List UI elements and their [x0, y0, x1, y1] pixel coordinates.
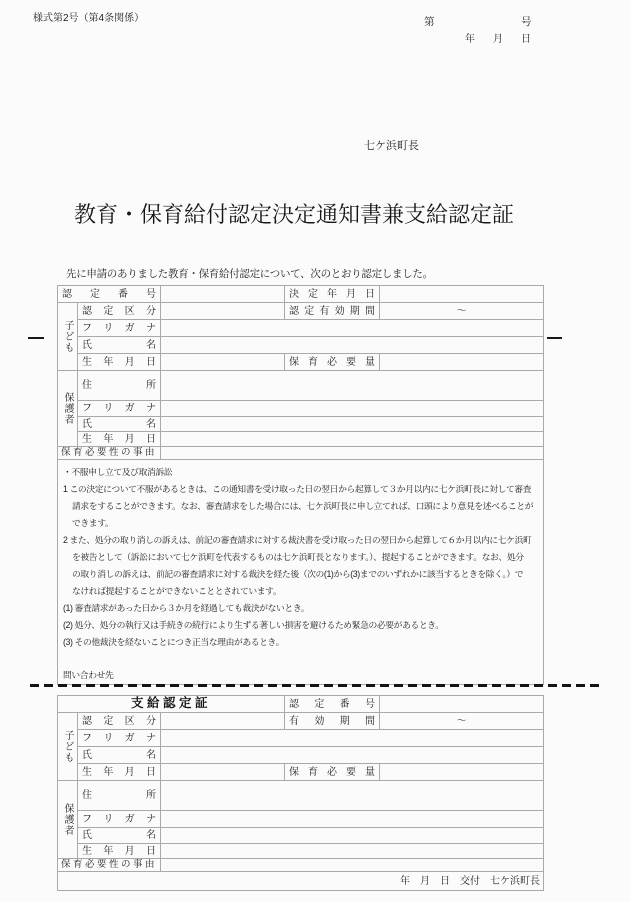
legal-line: の取り消しの訴えは、前記の審査請求に対する裁決を経た後（次の(1)から(3)まで…	[63, 566, 539, 583]
guardian-birthdate-value	[161, 844, 544, 859]
date-day-label: 日	[521, 34, 531, 46]
certificate-table: 支給認定証 認 定 番 号 子ども 認 定 区 分 有 効 期 間 ～ フ リ …	[57, 695, 544, 891]
care-amount-value	[380, 764, 544, 781]
certificate-heading: 支給認定証	[58, 696, 285, 713]
care-amount-value	[380, 354, 544, 371]
legal-notes-section: ・不服申し立て及び取消訴訟 1 この決定について不服があるときは、この通知書を受…	[58, 460, 544, 685]
child-name-label: 氏 名	[78, 747, 161, 764]
guardian-name-value	[161, 828, 544, 844]
guardian-birthdate-label: 生 年 月 日	[78, 844, 161, 859]
guardian-furigana-label: フ リ ガ ナ	[78, 811, 161, 828]
care-amount-label: 保 育 必 要 量	[285, 354, 380, 371]
child-section-label: 子ども	[58, 713, 78, 781]
document-subtitle: 先に申請のありました教育・保育給付認定について、次のとおり認定しました。	[66, 268, 433, 281]
guardian-name-value	[161, 417, 544, 432]
doc-number-suffix: 号	[521, 16, 532, 29]
cert-class-label: 認 定 区 分	[78, 713, 161, 730]
guardian-section-label: 保護者	[58, 781, 78, 859]
form-number: 様式第2号（第4条関係）	[33, 13, 144, 25]
child-section-label: 子ども	[58, 303, 78, 371]
cert-number-value	[380, 696, 544, 713]
legal-line: (1) 審査請求があった日から３か月を経過しても裁決がないとき。	[63, 600, 539, 617]
child-name-value	[161, 747, 544, 764]
decision-date-value	[380, 286, 544, 303]
cert-class-value	[161, 303, 285, 320]
child-birthdate-value	[161, 354, 285, 371]
guardian-furigana-label: フ リ ガ ナ	[78, 401, 161, 417]
legal-line: できます。	[63, 515, 539, 532]
child-furigana-label: フ リ ガ ナ	[78, 730, 161, 747]
cert-number-label: 認 定 番 号	[285, 696, 380, 713]
child-furigana-value	[161, 730, 544, 747]
care-reason-value	[161, 859, 544, 872]
cert-number-value	[161, 286, 285, 303]
cert-number-label: 認 定 番 号	[58, 286, 161, 303]
guardian-address-label: 住 所	[78, 371, 161, 401]
legal-line: 請求をすることができます。なお、審査請求をした場合には、七ケ浜町長に申し立てれば…	[63, 498, 539, 515]
valid-period-value: ～	[380, 303, 544, 320]
document-title: 教育・保育給付認定決定通知書兼支給認定証	[74, 202, 514, 228]
date-year-label: 年	[465, 34, 475, 46]
cert-class-value	[161, 713, 285, 730]
legal-line: ・不服申し立て及び取消訴訟	[63, 464, 539, 481]
valid-period-value: ～	[380, 713, 544, 730]
legal-line: 1 この決定について不服があるときは、この通知書を受け取った日の翌日から起算して…	[63, 481, 539, 498]
care-reason-label: 保育必要性の事由	[58, 859, 161, 872]
child-name-value	[161, 337, 544, 354]
decision-date-label: 決 定 年 月 日	[285, 286, 380, 303]
valid-period-label: 認 定 有 効 期 間	[285, 303, 380, 320]
binding-mark-right	[547, 337, 562, 339]
guardian-name-label: 氏 名	[78, 417, 161, 432]
guardian-name-label: 氏 名	[78, 828, 161, 844]
guardian-address-label: 住 所	[78, 781, 161, 811]
guardian-birthdate-label: 生 年 月 日	[78, 432, 161, 447]
legal-line: なければ提起することができないこととされています。	[63, 583, 539, 600]
valid-period-label: 有 効 期 間	[285, 713, 380, 730]
child-name-label: 氏 名	[78, 337, 161, 354]
date-month-label: 月	[493, 34, 503, 46]
care-amount-label: 保 育 必 要 量	[285, 764, 380, 781]
legal-line: (3) その他裁決を経ないことにつき正当な理由があるとき。	[63, 634, 539, 651]
cut-line	[30, 684, 600, 687]
legal-line: 2 また、処分の取り消しの訴えは、前記の審査請求に対する裁決書を受け取った日の翌…	[63, 532, 539, 549]
guardian-furigana-value	[161, 811, 544, 828]
document-page: { "page": { "form_number": "様式第2号（第4条関係）…	[0, 0, 630, 902]
doc-number-prefix: 第	[424, 16, 435, 29]
legal-line: (2) 処分、処分の執行又は手続きの続行により生ずる著しい損害を避けるため緊急の…	[63, 617, 539, 634]
contact-label: 問い合わせ先	[63, 667, 539, 684]
care-reason-label: 保育必要性の事由	[58, 447, 161, 460]
child-birthdate-label: 生 年 月 日	[78, 354, 161, 371]
guardian-address-value	[161, 781, 544, 811]
binding-mark-left	[28, 337, 44, 339]
guardian-birthdate-value	[161, 432, 544, 447]
child-birthdate-value	[161, 764, 285, 781]
notice-table: 認 定 番 号 決 定 年 月 日 子ども 認 定 区 分 認 定 有 効 期 …	[57, 285, 544, 685]
care-reason-value	[161, 447, 544, 460]
guardian-address-value	[161, 371, 544, 401]
child-birthdate-label: 生 年 月 日	[78, 764, 161, 781]
legal-line: を被告として（訴訟において七ケ浜町を代表するものは七ケ浜町長となります。）、提起…	[63, 549, 539, 566]
issue-date-line: 年 月 日 交付 七ケ浜町長	[58, 872, 544, 891]
child-furigana-label: フ リ ガ ナ	[78, 320, 161, 337]
mayor-name: 七ケ浜町長	[364, 140, 419, 153]
cert-class-label: 認 定 区 分	[78, 303, 161, 320]
guardian-section-label: 保護者	[58, 371, 78, 447]
guardian-furigana-value	[161, 401, 544, 417]
child-furigana-value	[161, 320, 544, 337]
